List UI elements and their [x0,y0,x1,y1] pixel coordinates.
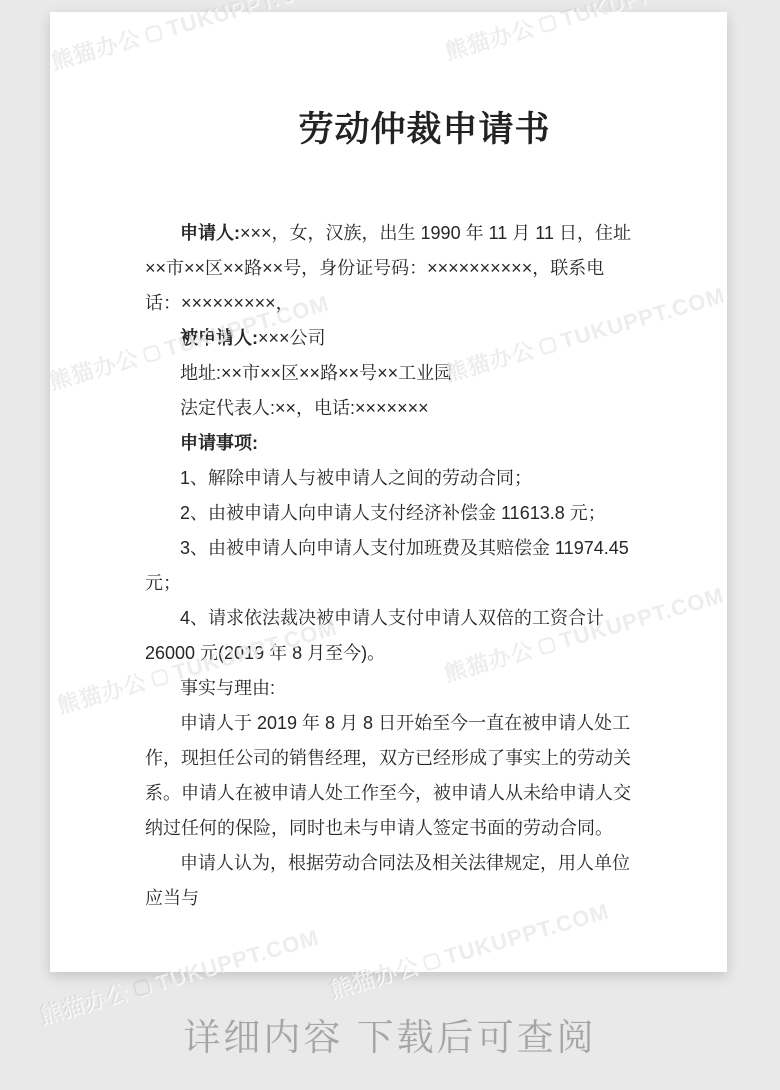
paragraph-text: 地址:××市××区××路××号××工业园 [180,363,452,383]
paragraph-text: 2、由被申请人向申请人支付经济补偿金 11613.8 元； [180,503,606,523]
paragraph-text: 1、解除申请人与被申请人之间的劳动合同； [180,468,532,488]
doc-paragraph-respondent: 被申请人:×××公司 [145,321,635,356]
doc-paragraph-argument: 申请人认为，根据劳动合同法及相关法律规定，用人单位应当与 [145,846,635,916]
doc-paragraph-claim-3: 3、由被申请人向申请人支付加班费及其赔偿金 11974.45 元； [145,531,635,601]
download-note: 详细内容 下载后可查阅 [0,1014,780,1062]
paragraph-text: ×××公司 [258,328,326,348]
paragraph-text: 3、由被申请人向申请人支付加班费及其赔偿金 11974.45 元； [145,538,629,593]
doc-paragraph-claim-1: 1、解除申请人与被申请人之间的劳动合同； [145,461,635,496]
doc-paragraph-claim-4: 4、请求依法裁决被申请人支付申请人双倍的工资合计 26000 元(2019 年 … [145,601,635,671]
doc-paragraph-claim-2: 2、由被申请人向申请人支付经济补偿金 11613.8 元； [145,496,635,531]
paragraph-text: 事实与理由: [180,678,275,698]
paragraph-label: 申请人: [180,223,240,243]
paragraph-text: 申请人于 2019 年 8 月 8 日开始至今一直在被申请人处工作，现担任公司的… [145,713,631,838]
template-preview-stage: 劳动仲裁申请书 申请人:×××，女，汉族，出生 1990 年 11 月 11 日… [0,0,780,1090]
document-body: 申请人:×××，女，汉族，出生 1990 年 11 月 11 日，住址××市××… [50,216,635,916]
document-page: 劳动仲裁申请书 申请人:×××，女，汉族，出生 1990 年 11 月 11 日… [50,12,727,972]
doc-paragraph-claims-heading: 申请事项: [145,426,635,461]
paragraph-text: 法定代表人:××，电话:××××××× [180,398,429,418]
doc-paragraph-applicant: 申请人:×××，女，汉族，出生 1990 年 11 月 11 日，住址××市××… [145,216,635,321]
doc-paragraph-legal-rep: 法定代表人:××，电话:××××××× [145,391,635,426]
doc-paragraph-address: 地址:××市××区××路××号××工业园 [145,356,635,391]
doc-paragraph-facts-body: 申请人于 2019 年 8 月 8 日开始至今一直在被申请人处工作，现担任公司的… [145,706,635,846]
paragraph-label: 被申请人: [180,328,258,348]
panda-logo-icon [132,978,152,998]
paragraph-text: 4、请求依法裁决被申请人支付申请人双倍的工资合计 26000 元(2019 年 … [145,608,604,663]
paragraph-text: 申请人认为，根据劳动合同法及相关法律规定，用人单位应当与 [145,853,630,908]
paragraph-label: 申请事项: [180,433,258,453]
doc-paragraph-facts-heading: 事实与理由: [145,671,635,706]
document-title: 劳动仲裁申请书 [122,112,727,148]
